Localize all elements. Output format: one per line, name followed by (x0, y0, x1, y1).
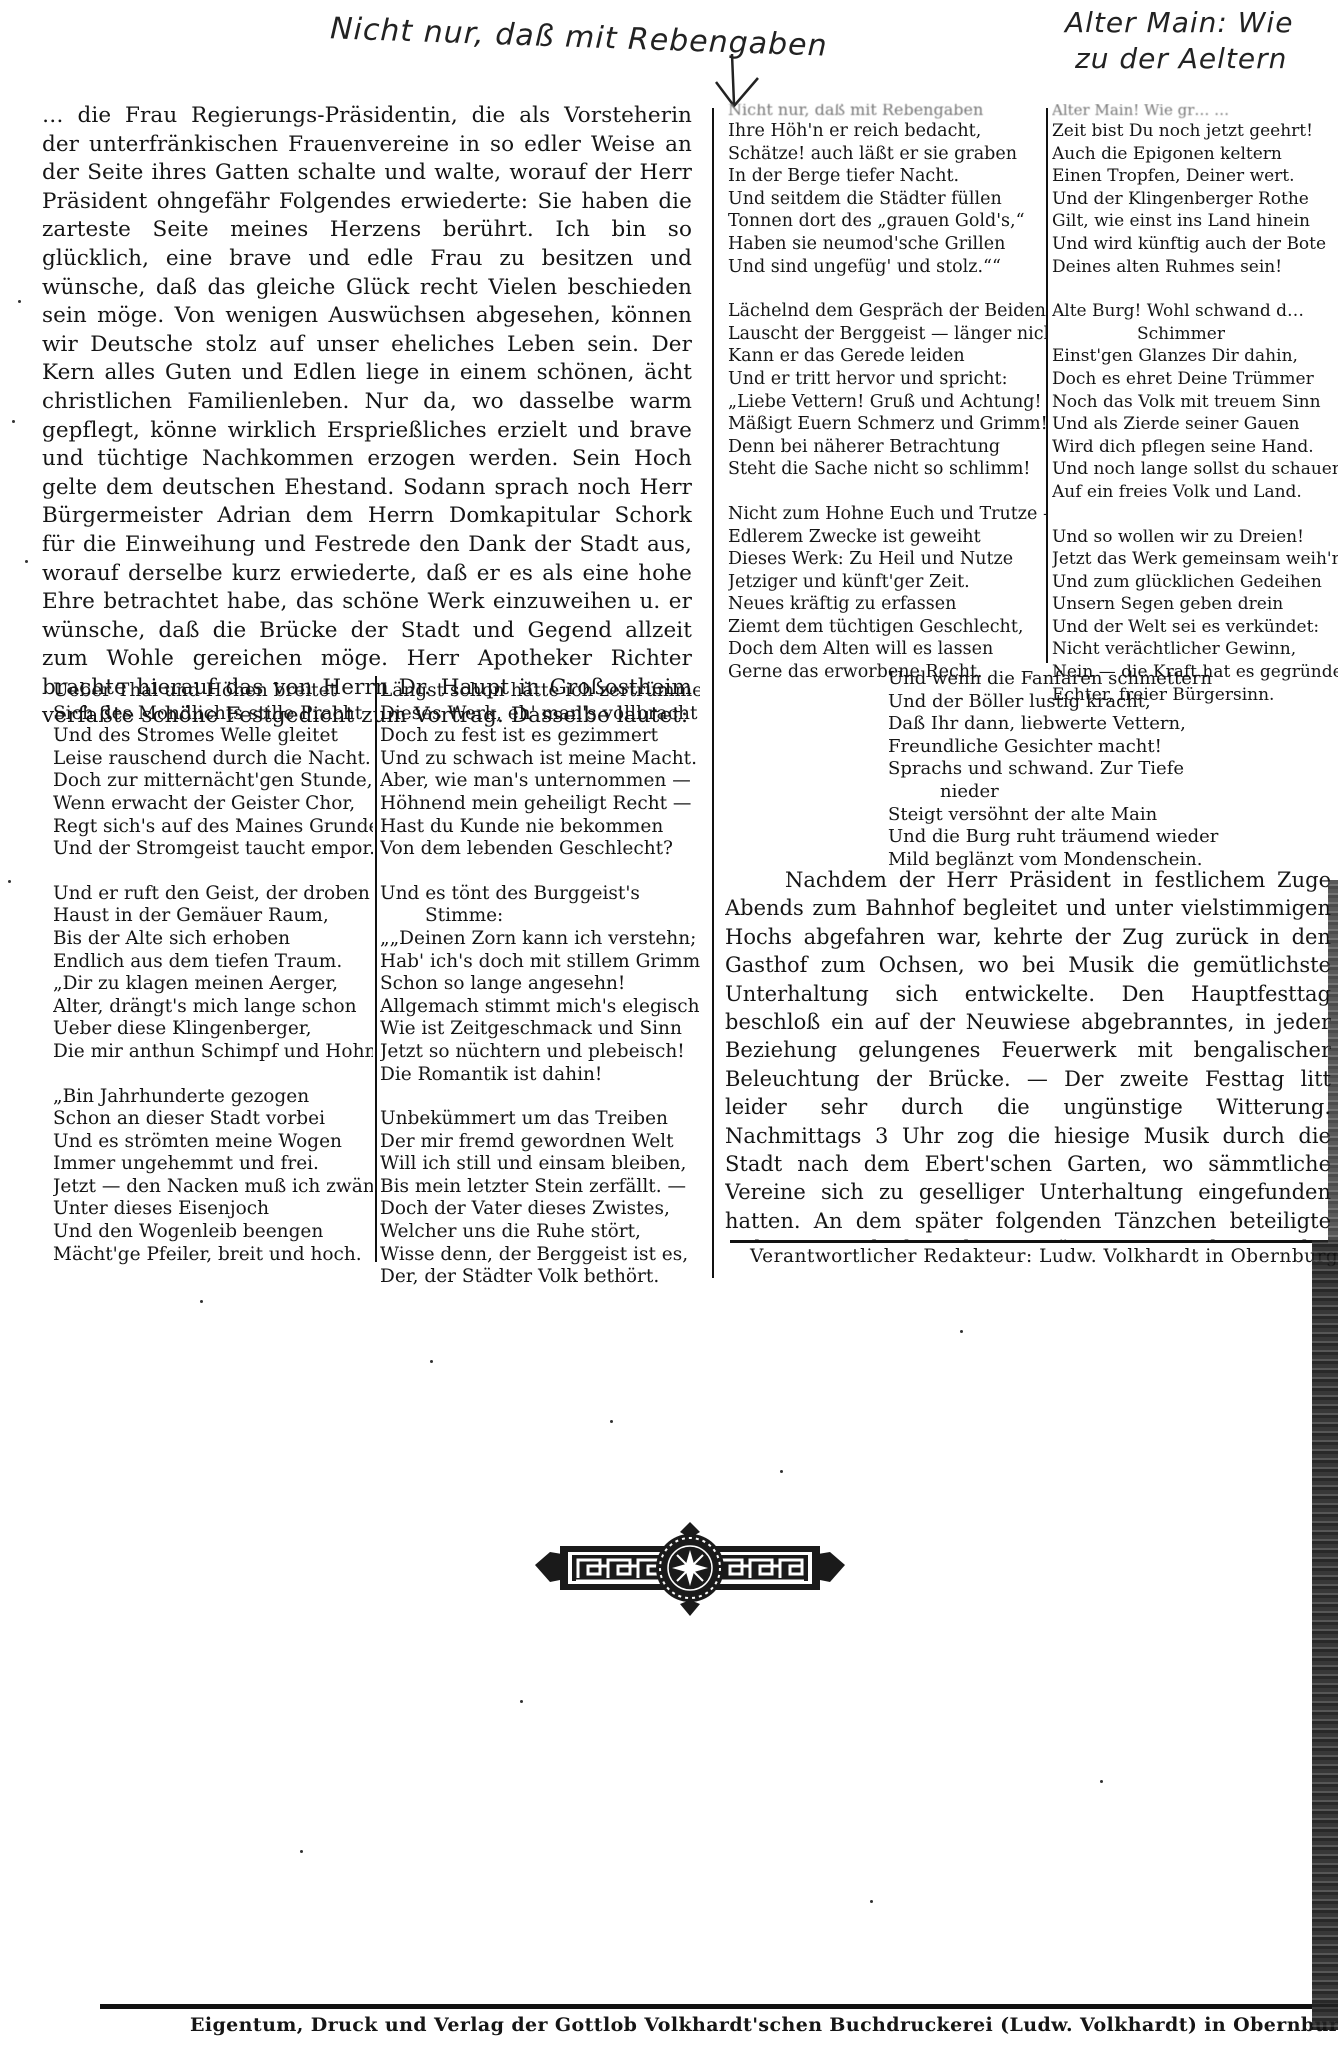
article-text: … die Frau Regierungs-Präsidentin, die a… (42, 102, 692, 731)
verse-line: Einst'gen Glanzes Dir dahin, (1052, 345, 1338, 368)
verse-line: Lauscht der Berggeist — länger nicht (728, 323, 1048, 346)
verse-line: nieder (888, 781, 1228, 804)
verse-line: Jetzt — den Nacken muß ich zwängen (53, 1176, 373, 1199)
verse-line: Und als Zierde seiner Gauen (1052, 413, 1338, 436)
verse-line: Dieses Werk, eh' man's vollbracht — (380, 703, 700, 726)
poem-column-2: Längst schon hätte ich zertrümmert Diese… (380, 680, 700, 1311)
verse-line: Und er ruft den Geist, der droben (53, 883, 373, 906)
verse-line: Zeit bist Du noch jetzt geehrt! (1052, 120, 1338, 143)
poem-column-4: Alter Main! Wie gr… … Zeit bist Du noch … (1052, 104, 1338, 728)
verse-line: Regt sich's auf des Maines Grunde (53, 816, 373, 839)
verse-line: Und die Burg ruht träumend wieder (888, 826, 1228, 849)
verse-line: Deines alten Ruhmes sein! (1052, 256, 1338, 279)
scan-speckle (18, 300, 21, 303)
verse-line: Nicht verächtlicher Gewinn, (1052, 638, 1338, 661)
verse-line: Und seitdem die Städter füllen (728, 188, 1048, 211)
editor-rule (730, 1240, 1328, 1243)
verse-line: „Dir zu klagen meinen Aerger, (53, 973, 373, 996)
verse-line: Schon so lange angesehn! (380, 973, 700, 996)
verse-line: Doch dem Alten will es lassen (728, 638, 1048, 661)
poem-stanza: Alter Main! Wie gr… … Zeit bist Du noch … (1052, 104, 1338, 278)
down-arrow-icon (712, 52, 762, 112)
scan-speckle (8, 880, 11, 883)
poem-stanza: Nicht zum Hohne Euch und Trutze — Edlere… (728, 503, 1048, 684)
scan-speckle (1100, 1780, 1103, 1783)
handwritten-note-right-1: Alter Main: Wie (1065, 6, 1293, 39)
verse-line: Und den Wogenleib beengen (53, 1221, 373, 1244)
verse-line: Und sind ungefüg' und stolz.““ (728, 256, 1048, 279)
verse-line: „Bin Jahrhunderte gezogen (53, 1086, 373, 1109)
verse-line: Ihre Höh'n er reich bedacht, (728, 120, 1048, 143)
poem-stanza: Unbekümmert um das Treiben Der mir fremd… (380, 1108, 700, 1289)
verse-line: Immer ungehemmt und frei. (53, 1153, 373, 1176)
verse-line: Jetzt das Werk gemeinsam weih'n (1052, 548, 1338, 571)
verse-line: Jetziger und künft'ger Zeit. (728, 571, 1048, 594)
greek-key-ornament-icon (520, 1520, 860, 1620)
poem-stanza: Alte Burg! Wohl schwand d… Schimmer Eins… (1052, 300, 1338, 503)
poem-stanza: Ueber Thal und Höhen breitet Sich des Mo… (53, 680, 373, 861)
verse-line: Der mir fremd gewordnen Welt (380, 1131, 700, 1154)
verse-line: Welcher uns die Ruhe stört, (380, 1221, 700, 1244)
verse-line: Tonnen dort des „grauen Gold's,“ (728, 210, 1048, 233)
responsible-editor: Verantwortlicher Redakteur: Ludw. Volkha… (750, 1246, 1338, 1267)
imprint-line: Eigentum, Druck und Verlag der Gottlob V… (190, 2014, 1338, 2036)
poem-stanza: Lächelnd dem Gespräch der Beiden Lauscht… (728, 300, 1048, 481)
verse-line: Und der Stromgeist taucht empor. (53, 838, 373, 861)
verse-line: Die Romantik ist dahin! (380, 1064, 700, 1087)
verse-line: Allgemach stimmt mich's elegisch: (380, 996, 700, 1019)
verse-line: „Liebe Vettern! Gruß und Achtung! (728, 391, 1048, 414)
verse-line: Und der Klingenberger Rothe (1052, 188, 1338, 211)
verse-line: Und es tönt des Burggeist's (380, 883, 700, 906)
poem-stanza: Und es tönt des Burggeist's Stimme: „„De… (380, 883, 700, 1086)
verse-line: Noch das Volk mit treuem Sinn (1052, 391, 1338, 414)
verse-line: Mächt'ge Pfeiler, breit und hoch. (53, 1244, 373, 1267)
verse-line: Haben sie neumod'sche Grillen (728, 233, 1048, 256)
verse-line: Bis der Alte sich erhoben (53, 928, 373, 951)
verse-line: Kann er das Gerede leiden (728, 345, 1048, 368)
scan-speckle (300, 1850, 303, 1853)
verse-line: Hast du Kunde nie bekommen (380, 816, 700, 839)
verse-line: Ueber Thal und Höhen breitet (53, 680, 373, 703)
verse-line: Unter dieses Eisenjoch (53, 1198, 373, 1221)
verse-line: Wird dich pflegen seine Hand. (1052, 436, 1338, 459)
verse-line: Längst schon hätte ich zertrümmert (380, 680, 700, 703)
verse-line: Wisse denn, der Berggeist ist es, (380, 1244, 700, 1267)
scan-speckle (520, 1700, 523, 1703)
article-text: Nachdem der Herr Präsident in festlichem… (725, 866, 1331, 1241)
verse-line: Leise rauschend durch die Nacht. (53, 748, 373, 771)
verse-line: Doch zu fest ist es gezimmert (380, 725, 700, 748)
verse-line: Daß Ihr dann, liebwerte Vettern, (888, 713, 1228, 736)
verse-line: Und wenn die Fanfaren schmettern (888, 668, 1228, 691)
poem-stanza: Und er ruft den Geist, der droben Haust … (53, 883, 373, 1064)
scan-speckle (430, 1360, 433, 1363)
verse-line: Wenn erwacht der Geister Chor, (53, 793, 373, 816)
verse-line: Ueber diese Klingenberger, (53, 1018, 373, 1041)
scan-speckle (200, 1300, 203, 1303)
verse-line: Denn bei näherer Betrachtung (728, 436, 1048, 459)
verse-line: Von dem lebenden Geschlecht? (380, 838, 700, 861)
verse-line: Mäßigt Euern Schmerz und Grimm! (728, 413, 1048, 436)
verse-line: Nicht nur, daß mit Rebengaben (728, 104, 1048, 120)
verse-line: Und so wollen wir zu Dreien! (1052, 526, 1338, 549)
article-paragraph-2: Nachdem der Herr Präsident in festlichem… (725, 866, 1331, 1241)
verse-line: Unbekümmert um das Treiben (380, 1108, 700, 1131)
verse-line: Lächelnd dem Gespräch der Beiden (728, 300, 1048, 323)
verse-line: Dieses Werk: Zu Heil und Nutze (728, 548, 1048, 571)
verse-line: In der Berge tiefer Nacht. (728, 165, 1048, 188)
verse-line: Neues kräftig zu erfassen (728, 593, 1048, 616)
poem-column-3: Nicht nur, daß mit Rebengaben Ihre Höh'n… (728, 104, 1048, 706)
verse-line: Will ich still und einsam bleiben, (380, 1153, 700, 1176)
scan-edge-shadow (1328, 880, 1338, 1240)
poem-stanza: Längst schon hätte ich zertrümmert Diese… (380, 680, 700, 861)
verse-line: Und noch lange sollst du schauen (1052, 458, 1338, 481)
verse-line: Schimmer (1052, 323, 1338, 346)
poem-final-stanza: Und wenn die Fanfaren schmettern Und der… (888, 668, 1228, 871)
imprint-rule (100, 2004, 1338, 2009)
verse-line: Bis mein letzter Stein zerfällt. — (380, 1176, 700, 1199)
scan-speckle (870, 1900, 873, 1903)
verse-line: „„Deinen Zorn kann ich verstehn; (380, 928, 700, 951)
verse-line: Der, der Städter Volk bethört. (380, 1266, 700, 1289)
verse-line: Edlerem Zwecke ist geweiht (728, 526, 1048, 549)
verse-line: Gilt, wie einst ins Land hinein (1052, 210, 1338, 233)
verse-line: Die mir anthun Schimpf und Hohn.“ (53, 1041, 373, 1064)
scan-speckle (25, 560, 28, 563)
verse-line: Schätze! auch läßt er sie graben (728, 143, 1048, 166)
verse-line: Und wird künftig auch der Bote (1052, 233, 1338, 256)
verse-line: Doch der Vater dieses Zwistes, (380, 1198, 700, 1221)
verse-line: Und es strömten meine Wogen (53, 1131, 373, 1154)
handwritten-note-right-2: zu der Aeltern (1075, 42, 1287, 75)
verse-line: Alter Main! Wie gr… … (1052, 104, 1338, 120)
verse-line: Und zu schwach ist meine Macht. (380, 748, 700, 771)
verse-line: Einen Tropfen, Deiner wert. (1052, 165, 1338, 188)
verse-line: Steigt versöhnt der alte Main (888, 804, 1228, 827)
verse-line: Ziemt dem tüchtigen Geschlecht, (728, 616, 1048, 639)
verse-line: Und des Stromes Welle gleitet (53, 725, 373, 748)
verse-line: Und zum glücklichen Gedeihen (1052, 571, 1338, 594)
verse-line: Wie ist Zeitgeschmack und Sinn (380, 1018, 700, 1041)
scan-speckle (960, 1330, 963, 1333)
verse-line: Unsern Segen geben drein (1052, 593, 1338, 616)
verse-line: Haust in der Gemäuer Raum, (53, 905, 373, 928)
poem-stanza: „Bin Jahrhunderte gezogen Schon an diese… (53, 1086, 373, 1267)
verse-line: Endlich aus dem tiefen Traum. (53, 951, 373, 974)
verse-line: Höhnend mein geheiligt Recht — (380, 793, 700, 816)
article-paragraph-1: … die Frau Regierungs-Präsidentin, die a… (42, 102, 692, 731)
column-divider (375, 676, 377, 1262)
verse-line: Auf ein freies Volk und Land. (1052, 481, 1338, 504)
verse-line: Sich des Mondlichts stille Pracht (53, 703, 373, 726)
verse-line: Doch zur mitternächt'gen Stunde, (53, 770, 373, 793)
scan-edge-shadow (1312, 1240, 1338, 2030)
verse-line: Und der Welt sei es verkündet: (1052, 616, 1338, 639)
scan-speckle (12, 420, 15, 423)
verse-line: Und der Böller lustig kracht, (888, 691, 1228, 714)
verse-line: Auch die Epigonen keltern (1052, 143, 1338, 166)
scan-speckle (780, 1470, 783, 1473)
verse-line: Alte Burg! Wohl schwand d… (1052, 300, 1338, 323)
scan-speckle (610, 1420, 613, 1423)
verse-line: Sprachs und schwand. Zur Tiefe (888, 758, 1228, 781)
poem-column-1: Ueber Thal und Höhen breitet Sich des Mo… (53, 680, 373, 1288)
verse-line: Jetzt so nüchtern und plebeisch! (380, 1041, 700, 1064)
column-divider (1046, 108, 1048, 663)
page-column-divider (712, 108, 714, 1278)
verse-line: Hab' ich's doch mit stillem Grimme (380, 951, 700, 974)
verse-line: Freundliche Gesichter macht! (888, 736, 1228, 759)
verse-line: Aber, wie man's unternommen — (380, 770, 700, 793)
poem-stanza: Nicht nur, daß mit Rebengaben Ihre Höh'n… (728, 104, 1048, 278)
verse-line: Schon an dieser Stadt vorbei (53, 1108, 373, 1131)
verse-line: Und er tritt hervor und spricht: (728, 368, 1048, 391)
verse-line: Steht die Sache nicht so schlimm! (728, 458, 1048, 481)
verse-line: Nicht zum Hohne Euch und Trutze — (728, 503, 1048, 526)
verse-line: Stimme: (380, 905, 700, 928)
verse-line: Alter, drängt's mich lange schon (53, 996, 373, 1019)
verse-line: Doch es ehret Deine Trümmer (1052, 368, 1338, 391)
